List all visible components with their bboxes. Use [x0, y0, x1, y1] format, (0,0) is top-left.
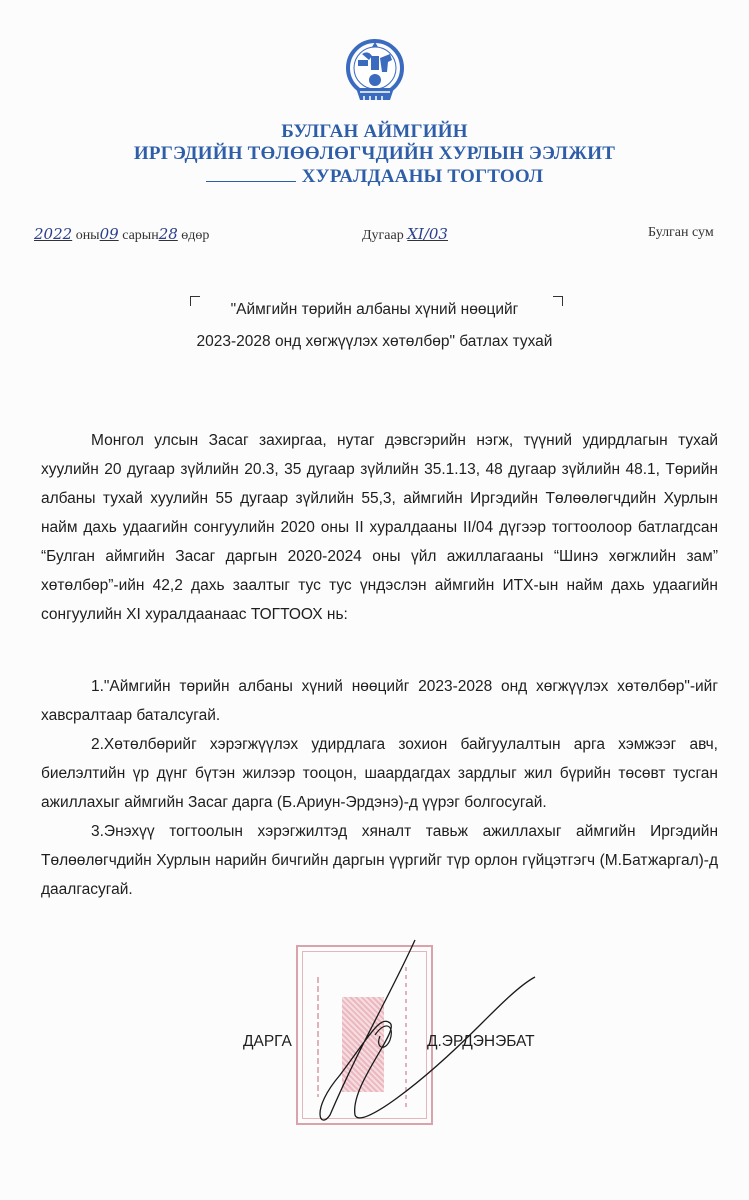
preamble: Монгол улсын Засаг захиргаа, нутаг дэвсг…: [41, 426, 718, 629]
date-day-suffix: өдөр: [178, 228, 210, 243]
date-month-suffix: сарын: [119, 228, 159, 243]
document-page: БУЛГАН АЙМГИЙН ИРГЭДИЙН ТӨЛӨӨЛӨГЧДИЙН ХУ…: [0, 0, 749, 1200]
header-resolution-label: ХУРАЛДААНЫ ТОГТООЛ: [302, 166, 544, 187]
header-resolution-line: ХУРАЛДААНЫ ТОГТООЛ: [0, 165, 749, 188]
session-blank-line: [206, 165, 296, 182]
number-label: Дугаар: [362, 228, 407, 243]
state-emblem-icon: [342, 38, 408, 108]
resolution-item-3: 3.Энэхүү тогтоолын хэрэгжилтэд хяналт та…: [41, 817, 718, 904]
date-month: 09: [100, 225, 119, 243]
date-day: 28: [159, 225, 178, 243]
resolution-item-2: 2.Хөтөлбөрийг хэрэгжүүлэх удирдлага зохи…: [41, 730, 718, 817]
resolution-item-1: 1."Аймгийн төрийн албаны хүний нөөцийг 2…: [41, 672, 718, 730]
resolution-title-line2: 2023-2028 онд хөгжүүлэх хөтөлбөр" батлах…: [0, 333, 749, 351]
handwritten-signature: [280, 935, 540, 1125]
resolution-items: 1."Аймгийн төрийн албаны хүний нөөцийг 2…: [41, 672, 718, 904]
document-date: 2022 оны09 сарын28 өдөр: [34, 225, 209, 244]
number-value: XI/03: [407, 225, 448, 243]
header-council-line: ИРГЭДИЙН ТӨЛӨӨЛӨГЧДИЙН ХУРЛЫН ЭЭЛЖИТ: [0, 143, 749, 165]
document-number: Дугаар XI/03: [362, 225, 448, 244]
date-year-suffix: оны: [72, 228, 99, 243]
resolution-title-line1: "Аймгийн төрийн албаны хүний нөөцийг: [0, 301, 749, 319]
header-org-line: БУЛГАН АЙМГИЙН: [0, 121, 749, 143]
document-place: Булган сум: [648, 225, 714, 241]
date-year: 2022: [34, 225, 72, 243]
preamble-text: Монгол улсын Засаг захиргаа, нутаг дэвсг…: [41, 426, 718, 629]
